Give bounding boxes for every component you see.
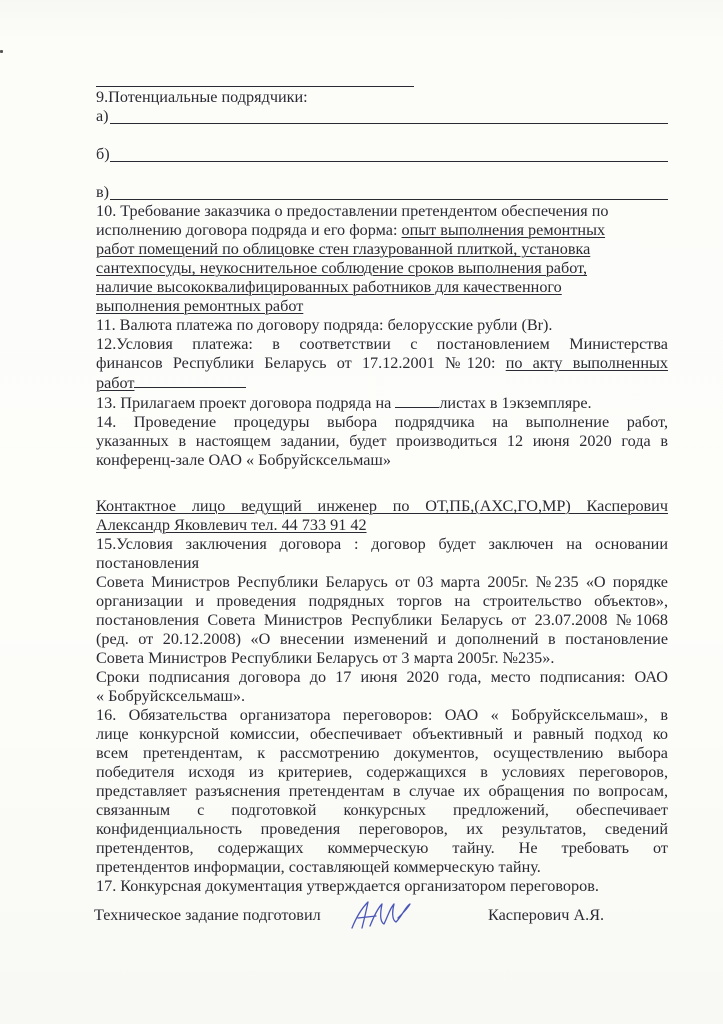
contractor-c-row: в) <box>96 183 668 202</box>
section-12-blank <box>134 373 246 388</box>
section-16-line: всем претендентам, к рассмотрению докуме… <box>96 744 668 763</box>
section-12-payment-term: по акту выполненных <box>506 354 668 372</box>
section-10-line-1: 10. Требование заказчика о предоставлени… <box>96 202 668 221</box>
section-15-line: Совета Министров Республики Беларусь от … <box>96 649 668 668</box>
section-13-prefix: 13. Прилагаем проект договора подряда на <box>96 394 395 412</box>
section-10-line-2: исполнению договора подряда и его форма:… <box>96 221 668 240</box>
section-15-line: « Бобруйсксельмаш». <box>96 687 668 706</box>
signature-icon <box>346 898 416 932</box>
section-13-attachment: 13. Прилагаем проект договора подряда на… <box>96 393 668 413</box>
section-12-line-1: 12.Условия платежа: в соответствии с пос… <box>96 335 668 354</box>
section-15-line: (ред. от 20.12.2008) «О внесении изменен… <box>96 630 668 649</box>
section-15-line: постановления Совета Министров Республик… <box>96 611 668 630</box>
section-16-line: 16. Обязательства организатора переговор… <box>96 706 668 725</box>
section-15-line: организации и проведения подрядных торго… <box>96 592 668 611</box>
contact-line-2: Александр Яковлевич тел. 44 733 91 42 <box>96 516 668 535</box>
section-16-line: связанным с подготовкой конкурсных предл… <box>96 801 668 820</box>
section-10-requirement-line: сантехпосуды, неукоснительное соблюдение… <box>96 259 668 278</box>
section-10-requirement-start: опыт выполнения ремонтных <box>402 221 606 239</box>
contractor-b-blank <box>110 161 668 162</box>
contractor-b-row: б) <box>96 145 668 164</box>
section-16-line: конфиденциальность проведения переговоро… <box>96 820 668 839</box>
document-page: 9.Потенциальные подрядчики: а) б) в) 10.… <box>0 0 723 1024</box>
contractor-c-blank <box>110 199 668 200</box>
contact-line-1: Контактное лицо ведущий инженер по ОТ,ПБ… <box>96 497 668 516</box>
section-10-requirement-line: наличие высококвалифицированных работник… <box>96 278 668 297</box>
contractor-c-label: в) <box>96 183 109 202</box>
section-16-line: представляет разъяснения претендентам в … <box>96 782 668 801</box>
section-15-line: 15.Условия заключения договора : договор… <box>96 535 668 554</box>
section-16-line: претендентов информации, составляющей ко… <box>96 858 668 877</box>
section-10-requirement-line: работ помещений по облицовке стен глазур… <box>96 240 668 259</box>
contractor-a-blank <box>110 123 668 124</box>
section-13-suffix: листах в 1экземпляре. <box>439 394 591 412</box>
section-15-line: Сроки подписания договора до 17 июня 202… <box>96 668 668 687</box>
section-11-currency: 11. Валюта платежа по договору подряда: … <box>96 316 668 335</box>
contractor-a-row: а) <box>96 107 668 126</box>
sheets-count-blank <box>395 393 439 408</box>
document-body: 9.Потенциальные подрядчики: а) б) в) 10.… <box>96 70 668 946</box>
contractor-a-label: а) <box>96 107 109 126</box>
section-16-line: победителя исходя из критериев, содержащ… <box>96 763 668 782</box>
section-14-line-3: конференц-зале ОАО « Бобруйсксельмаш» <box>96 451 668 470</box>
signoff-row: Техническое задание подготовил Касперови… <box>96 906 668 946</box>
section-10-prefix: исполнению договора подряда и его форма: <box>96 221 402 239</box>
section-10-requirement-line: выполнения ремонтных работ <box>96 297 668 316</box>
section-16-line: претендентов, содержащих коммерческую та… <box>96 839 668 858</box>
contractor-b-label: б) <box>96 145 110 164</box>
preparer-name: Касперович А.Я. <box>488 906 604 925</box>
section-15-line: постановления <box>96 554 668 573</box>
section-12-line-3: работ <box>96 373 668 393</box>
section-9-title: 9.Потенциальные подрядчики: <box>96 88 668 107</box>
prepared-by-label: Техническое задание подготовил <box>94 906 321 925</box>
section-14-line-1: 14. Проведение процедуры выбора подрядчи… <box>96 413 668 432</box>
section-12-payment-term-end: работ <box>96 374 134 392</box>
section-17-approval: 17. Конкурсная документация утверждается… <box>96 877 668 896</box>
section-12-prefix: финансов Республики Беларусь от 17.12.20… <box>96 354 506 372</box>
section-12-line-2: финансов Республики Беларусь от 17.12.20… <box>96 354 668 373</box>
section-14-line-2: указанных в настоящем задании, будет про… <box>96 432 668 451</box>
section-15-line: Совета Министров Республики Беларусь от … <box>96 573 668 592</box>
section-16-line: лице конкурсной комиссии, обеспечивает о… <box>96 725 668 744</box>
scan-mark <box>0 50 3 53</box>
